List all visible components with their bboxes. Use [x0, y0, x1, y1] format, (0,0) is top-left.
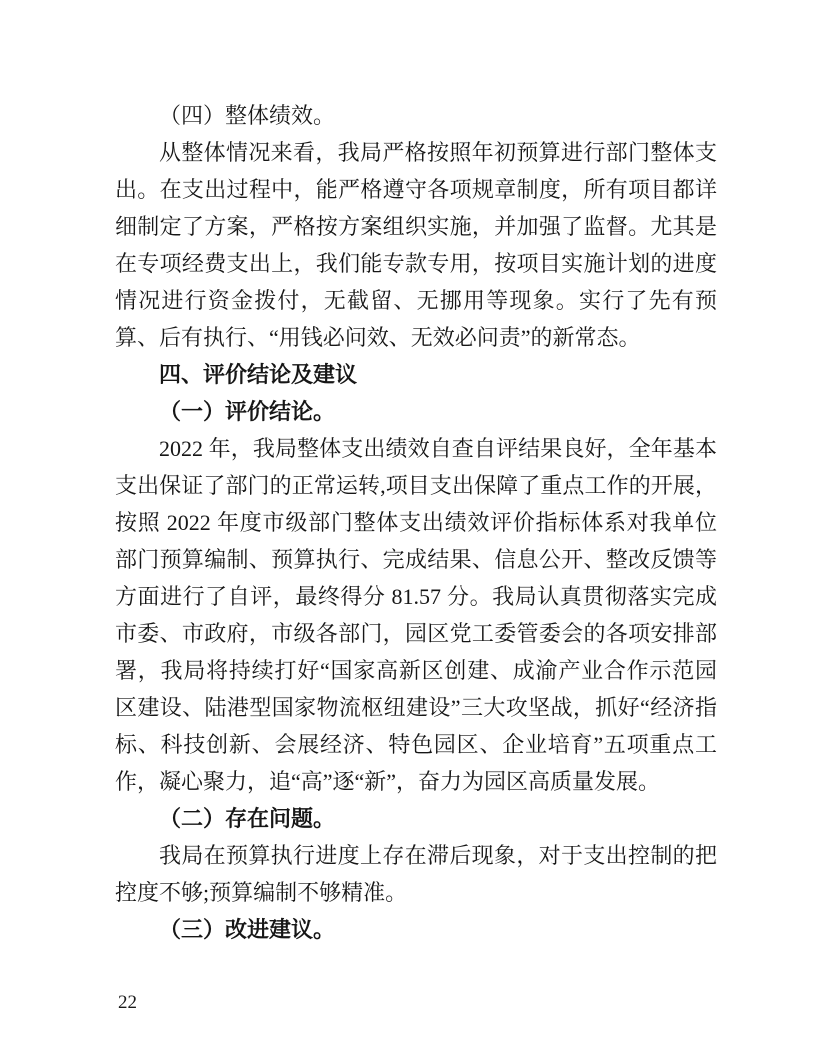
- heading-chapter-4-conclusions-suggestions: 四、评价结论及建议: [115, 356, 717, 393]
- heading-section-4-overall-performance: （四）整体绩效。: [115, 97, 717, 134]
- paragraph-evaluation-conclusion: 2022 年，我局整体支出绩效自查自评结果良好，全年基本支出保证了部门的正常运转…: [115, 430, 717, 800]
- page-number: 22: [118, 991, 137, 1015]
- document-page: （四）整体绩效。 从整体情况来看，我局严格按照年初预算进行部门整体支出。在支出过…: [0, 0, 816, 1056]
- heading-improvement-suggestions: （三）改进建议。: [115, 911, 717, 948]
- paragraph-existing-problems: 我局在预算执行进度上存在滞后现象，对于支出控制的把控度不够;预算编制不够精准。: [115, 837, 717, 911]
- paragraph-overall-performance: 从整体情况来看，我局严格按照年初预算进行部门整体支出。在支出过程中，能严格遵守各…: [115, 134, 717, 356]
- document-body: （四）整体绩效。 从整体情况来看，我局严格按照年初预算进行部门整体支出。在支出过…: [115, 97, 717, 948]
- heading-existing-problems: （二）存在问题。: [115, 800, 717, 837]
- heading-evaluation-conclusion: （一）评价结论。: [115, 393, 717, 430]
